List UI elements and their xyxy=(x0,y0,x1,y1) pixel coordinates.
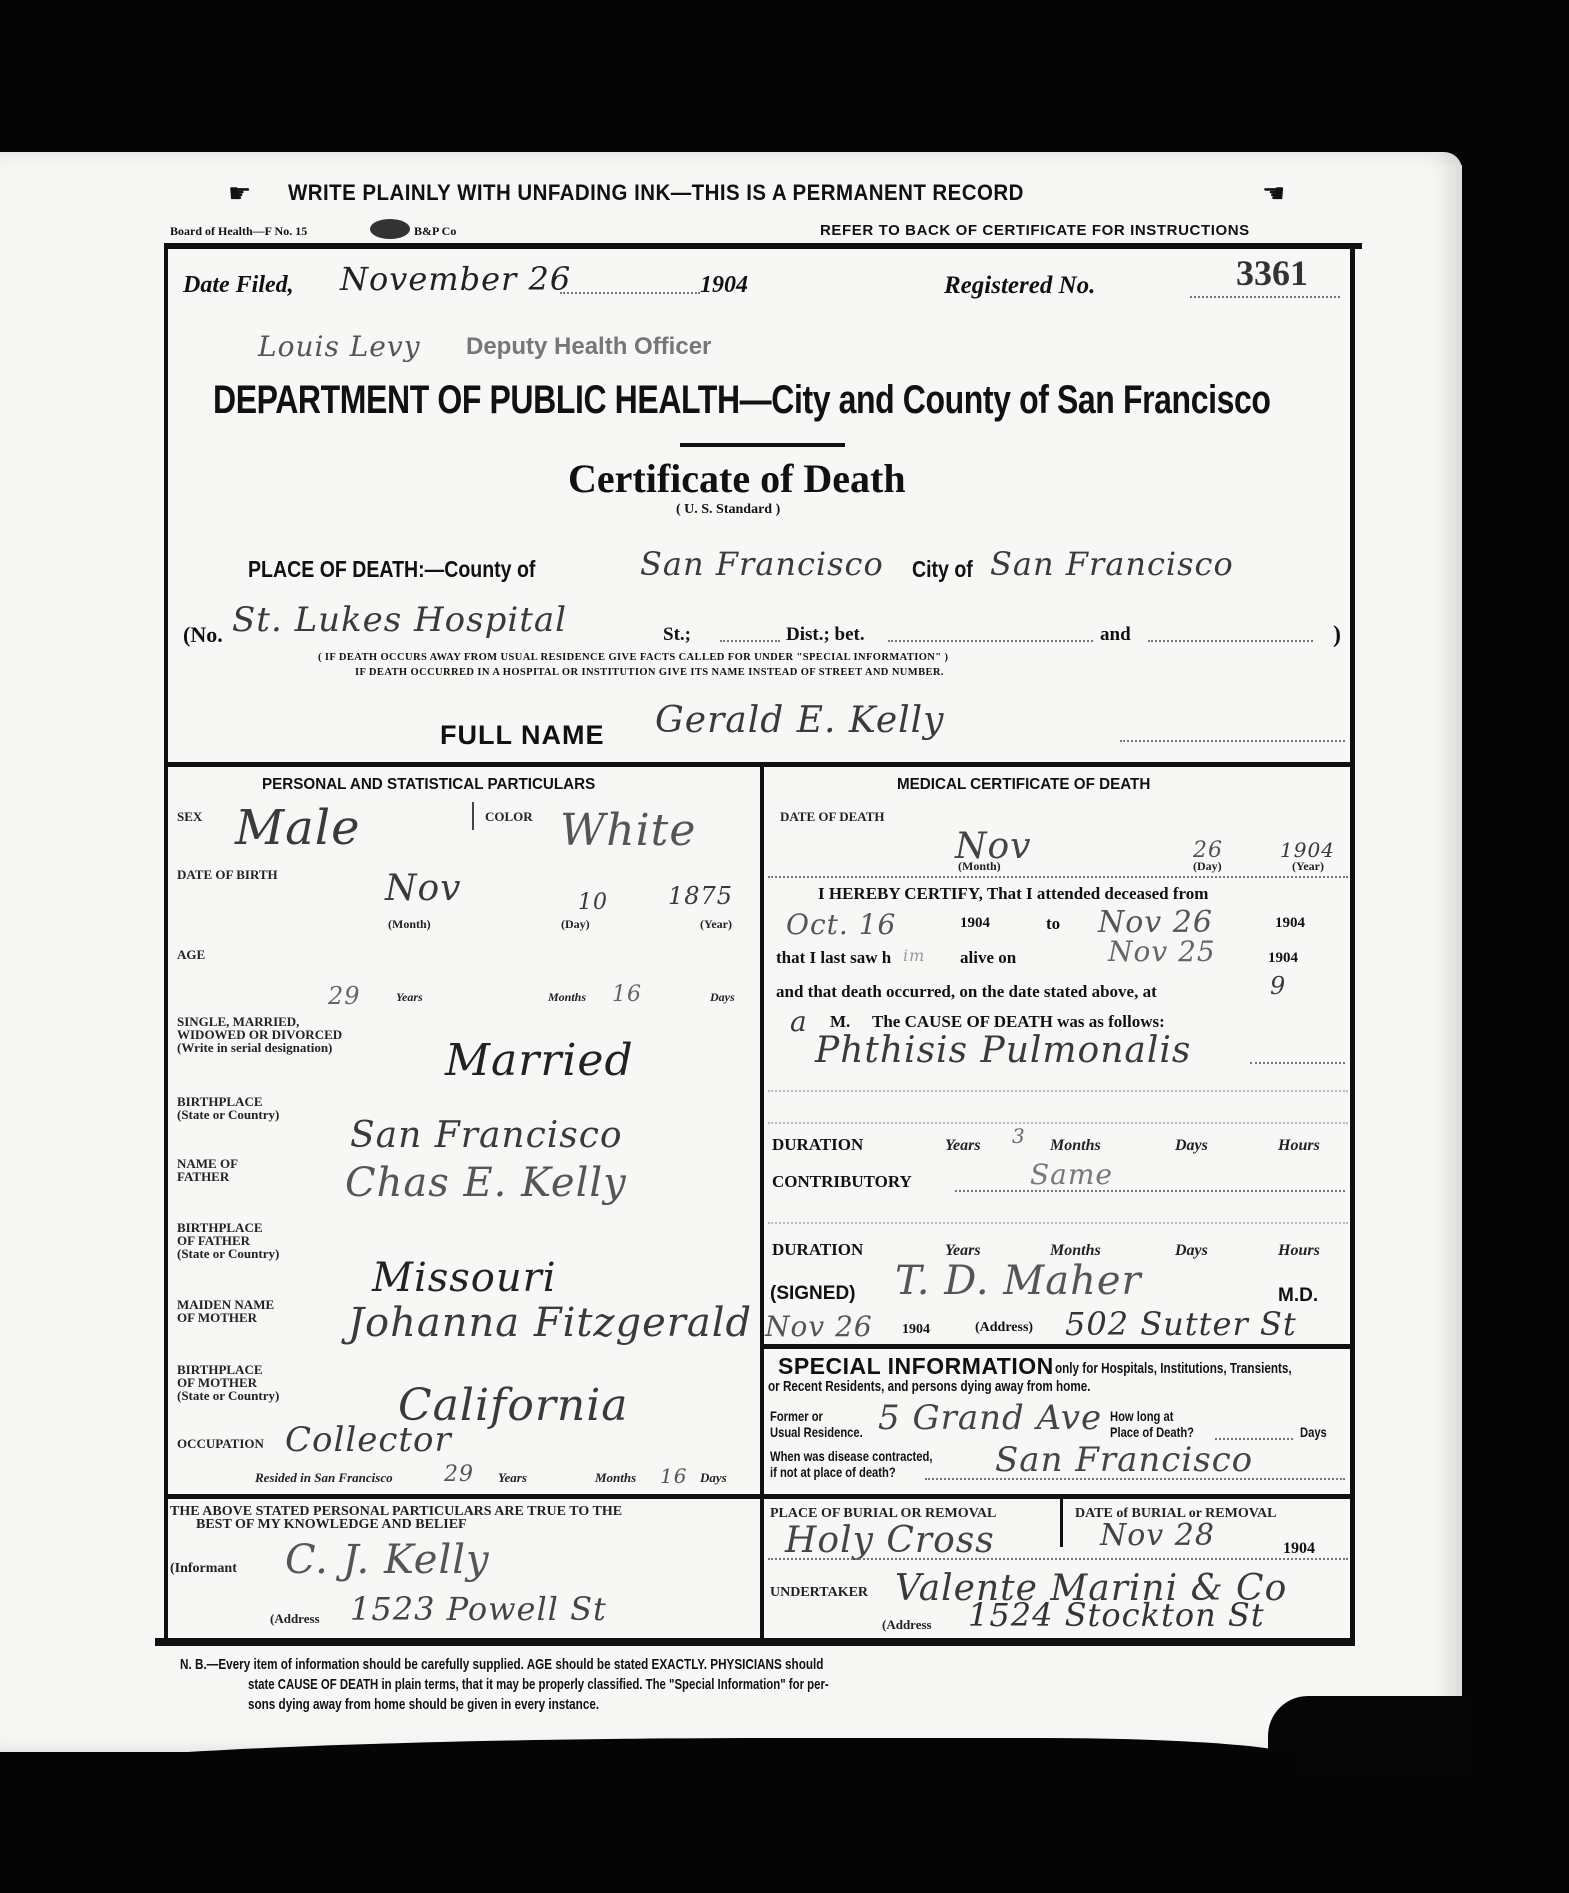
signed-label: (SIGNED) xyxy=(770,1283,856,1305)
footnote-line-1: N. B.—Every item of information should b… xyxy=(180,1656,823,1673)
dob-year: 1875 xyxy=(668,882,733,910)
color-value: White xyxy=(560,805,696,856)
to-label: to xyxy=(1046,914,1060,934)
pointing-hand-right-icon: ☚ xyxy=(1262,180,1285,206)
signed-year: 1904 xyxy=(902,1322,930,1338)
officer-title: Deputy Health Officer xyxy=(466,333,711,361)
how-long-label-2: Place of Death? xyxy=(1110,1424,1194,1440)
dod-divider xyxy=(768,876,1348,878)
paper-edge xyxy=(1438,165,1462,1725)
resided-years-caption: Years xyxy=(498,1470,527,1486)
cause-line-1 xyxy=(1250,1062,1345,1064)
dob-year-caption: (Year) xyxy=(700,918,732,931)
form-top-border xyxy=(167,243,1362,249)
duration-days-caption: Days xyxy=(1175,1137,1208,1155)
cause-line-3 xyxy=(768,1122,1348,1124)
father-value: Chas E. Kelly xyxy=(345,1160,627,1206)
resided-days: 16 xyxy=(660,1464,687,1488)
cause-line-2 xyxy=(768,1090,1348,1092)
burial-place-label: PLACE OF BURIAL OR REMOVAL xyxy=(770,1507,996,1520)
certify-text: I HEREBY CERTIFY, That I attended deceas… xyxy=(818,884,1208,904)
footnote-line-2: state CAUSE OF DEATH in plain terms, tha… xyxy=(248,1676,829,1693)
instructions-ref: REFER TO BACK OF CERTIFICATE FOR INSTRUC… xyxy=(820,222,1250,239)
full-name-value: Gerald E. Kelly xyxy=(655,700,945,741)
form-bottom-border xyxy=(155,1638,1355,1646)
duration2-hours-caption: Hours xyxy=(1278,1242,1320,1260)
last-saw-pronoun: im xyxy=(903,946,925,965)
dod-day-caption: (Day) xyxy=(1193,860,1222,873)
former-value: 5 Grand Ave xyxy=(878,1398,1102,1438)
printer-mark: B&P Co xyxy=(414,224,456,239)
mother-label-2: OF MOTHER xyxy=(177,1311,257,1324)
color-label: COLOR xyxy=(485,810,533,823)
place-note-1: ( IF DEATH OCCURS AWAY FROM USUAL RESIDE… xyxy=(318,652,948,663)
last-saw-date: Nov 25 xyxy=(1108,935,1216,968)
mother-bp-label-3: (State or Country) xyxy=(177,1389,279,1402)
registered-line xyxy=(1190,296,1340,298)
officer-signature: Louis Levy xyxy=(258,330,421,363)
place-note-2: IF DEATH OCCURRED IN A HOSPITAL OR INSTI… xyxy=(355,667,944,678)
place-of-death-label: PLACE OF DEATH:—County of xyxy=(248,556,535,583)
sex-label: SEX xyxy=(177,810,202,823)
duration-years-caption: Years xyxy=(945,1137,981,1155)
department-title: DEPARTMENT OF PUBLIC HEALTH—City and Cou… xyxy=(213,378,1271,423)
attended-from-year: 1904 xyxy=(960,915,990,932)
special-divider xyxy=(762,1344,1352,1349)
personal-heading: PERSONAL AND STATISTICAL PARTICULARS xyxy=(262,776,595,794)
contracted-value: San Francisco xyxy=(995,1440,1253,1480)
and-label: and xyxy=(1100,624,1131,646)
marital-value: Married xyxy=(445,1035,634,1086)
special-heading-line2: or Recent Residents, and persons dying a… xyxy=(768,1378,1090,1395)
contributory-line xyxy=(955,1190,1345,1192)
title-divider xyxy=(680,443,845,447)
sex-color-divider xyxy=(472,802,474,830)
death-occurred-text: and that death occurred, on the date sta… xyxy=(776,982,1157,1002)
union-seal-icon xyxy=(370,219,410,239)
resided-days-caption: Days xyxy=(700,1470,727,1486)
form-right-border xyxy=(1350,243,1355,1643)
us-standard: ( U. S. Standard ) xyxy=(676,502,780,518)
age-years-caption: Years xyxy=(396,990,423,1005)
footnote-line-3: sons dying away from home should be give… xyxy=(248,1696,599,1713)
age-label: AGE xyxy=(177,948,205,961)
banner-text: WRITE PLAINLY WITH UNFADING INK—THIS IS … xyxy=(288,180,1024,206)
certificate-title: Certificate of Death xyxy=(568,455,906,502)
how-long-label-1: How long at xyxy=(1110,1408,1173,1424)
meridiem-m: M. xyxy=(830,1012,850,1032)
dod-month-caption: (Month) xyxy=(958,860,1001,873)
full-name-label: FULL NAME xyxy=(440,720,605,751)
medical-heading: MEDICAL CERTIFICATE OF DEATH xyxy=(897,776,1150,794)
contracted-label-2: if not at place of death? xyxy=(770,1464,896,1480)
date-filed-year: 1904 xyxy=(700,272,748,299)
form-number: Board of Health—F No. 15 xyxy=(170,224,307,239)
age-years: 29 xyxy=(328,982,361,1010)
registered-label: Registered No. xyxy=(944,272,1095,300)
signed-date: Nov 26 xyxy=(765,1310,873,1343)
resided-years: 29 xyxy=(444,1462,474,1487)
signed-value: T. D. Maher xyxy=(895,1258,1142,1304)
date-filed-label: Date Filed, xyxy=(183,272,294,299)
district-line xyxy=(888,640,1093,642)
street-number-label: (No. xyxy=(183,622,223,648)
attended-to-year: 1904 xyxy=(1275,915,1305,932)
undertaker-address-value: 1524 Stockton St xyxy=(968,1596,1265,1634)
physician-address-label: (Address) xyxy=(975,1320,1033,1336)
duration-label: DURATION xyxy=(772,1135,863,1155)
dod-year-caption: (Year) xyxy=(1292,860,1324,873)
father-label-2: FATHER xyxy=(177,1170,229,1183)
street-line xyxy=(720,640,780,642)
cause-text: The CAUSE OF DEATH was as follows: xyxy=(872,1012,1165,1032)
city-label: City of xyxy=(912,556,973,583)
burial-date-year: 1904 xyxy=(1283,1540,1315,1558)
age-months-caption: Months xyxy=(548,990,586,1005)
form-left-border xyxy=(164,243,168,1643)
date-filed-value: November 26 xyxy=(340,260,571,298)
contributory-line-2 xyxy=(768,1222,1348,1224)
contributory-value: Same xyxy=(1030,1158,1113,1191)
duration-years: 3 xyxy=(1012,1124,1026,1148)
occupation-value: Collector xyxy=(285,1420,452,1460)
birthplace-label-2: (State or Country) xyxy=(177,1108,279,1121)
last-saw-year: 1904 xyxy=(1268,950,1298,967)
marital-label-3: (Write in serial designation) xyxy=(177,1041,332,1054)
duration2-label: DURATION xyxy=(772,1240,863,1260)
death-hour: 9 xyxy=(1270,972,1286,1000)
informant-value: C. J. Kelly xyxy=(285,1537,490,1583)
pointing-hand-left-icon: ☛ xyxy=(228,180,251,206)
last-saw-label: that I last saw h xyxy=(776,948,891,968)
contributory-label: CONTRIBUTORY xyxy=(772,1172,912,1192)
district-label: Dist.; bet. xyxy=(786,624,865,646)
age-days-caption: Days xyxy=(710,990,735,1005)
burial-line xyxy=(768,1558,1348,1560)
duration-months-caption: Months xyxy=(1050,1137,1101,1155)
alive-on-label: alive on xyxy=(960,948,1016,968)
burial-column-divider xyxy=(1060,1499,1063,1547)
date-filed-line xyxy=(560,292,700,294)
left-bottom-divider xyxy=(167,1494,760,1499)
informant-statement-2: BEST OF MY KNOWLEDGE AND BELIEF xyxy=(196,1518,467,1531)
cause-value: Phthisis Pulmonalis xyxy=(815,1030,1191,1071)
mother-value: Johanna Fitzgerald xyxy=(348,1300,752,1346)
informant-address-label: (Address xyxy=(270,1612,320,1625)
special-heading: SPECIAL INFORMATION xyxy=(778,1353,1054,1380)
undertaker-address-label: (Address xyxy=(882,1618,932,1631)
street-number-value: St. Lukes Hospital xyxy=(232,600,567,640)
city-value: San Francisco xyxy=(990,545,1234,583)
father-bp-label-3: (State or Country) xyxy=(177,1247,279,1260)
county-value: San Francisco xyxy=(640,545,884,583)
physician-address-value: 502 Sutter St xyxy=(1065,1305,1297,1343)
occupation-label: OCCUPATION xyxy=(177,1437,264,1450)
how-long-days: Days xyxy=(1300,1424,1327,1440)
age-days: 16 xyxy=(612,982,642,1007)
dob-day-caption: (Day) xyxy=(561,918,590,931)
dob-label: DATE OF BIRTH xyxy=(177,868,278,881)
undertaker-label: UNDERTAKER xyxy=(770,1586,868,1599)
attended-from: Oct. 16 xyxy=(786,908,896,941)
burial-date-value: Nov 28 xyxy=(1100,1518,1215,1553)
burial-divider xyxy=(762,1494,1352,1499)
resided-label: Resided in San Francisco xyxy=(255,1470,393,1486)
contracted-label-1: When was disease contracted, xyxy=(770,1448,932,1464)
dob-day: 10 xyxy=(578,890,608,915)
duration-hours-caption: Hours xyxy=(1278,1137,1320,1155)
duration2-days-caption: Days xyxy=(1175,1242,1208,1260)
street-label: St.; xyxy=(663,624,691,646)
informant-address-value: 1523 Powell St xyxy=(350,1590,607,1628)
former-label-2: Usual Residence. xyxy=(770,1424,863,1440)
former-label-1: Former or xyxy=(770,1408,823,1424)
dob-month-caption: (Month) xyxy=(388,918,431,931)
full-name-line xyxy=(1120,740,1345,742)
registered-number: 3361 xyxy=(1236,252,1308,294)
birthplace-value: San Francisco xyxy=(350,1115,623,1156)
sex-value: Male xyxy=(235,800,361,856)
close-paren: ) xyxy=(1333,622,1341,649)
and-line xyxy=(1148,640,1313,642)
father-bp-value: Missouri xyxy=(372,1255,557,1301)
informant-label: (Informant xyxy=(170,1562,237,1575)
meridiem-value: a xyxy=(790,1005,808,1038)
burial-place-value: Holy Cross xyxy=(785,1520,995,1561)
resided-months-caption: Months xyxy=(595,1470,636,1486)
md-label: M.D. xyxy=(1278,1285,1318,1307)
column-divider xyxy=(760,767,764,1642)
dob-month: Nov xyxy=(385,868,462,909)
dod-label: DATE OF DEATH xyxy=(780,810,885,823)
special-heading-rest: only for Hospitals, Institutions, Transi… xyxy=(1055,1360,1292,1377)
